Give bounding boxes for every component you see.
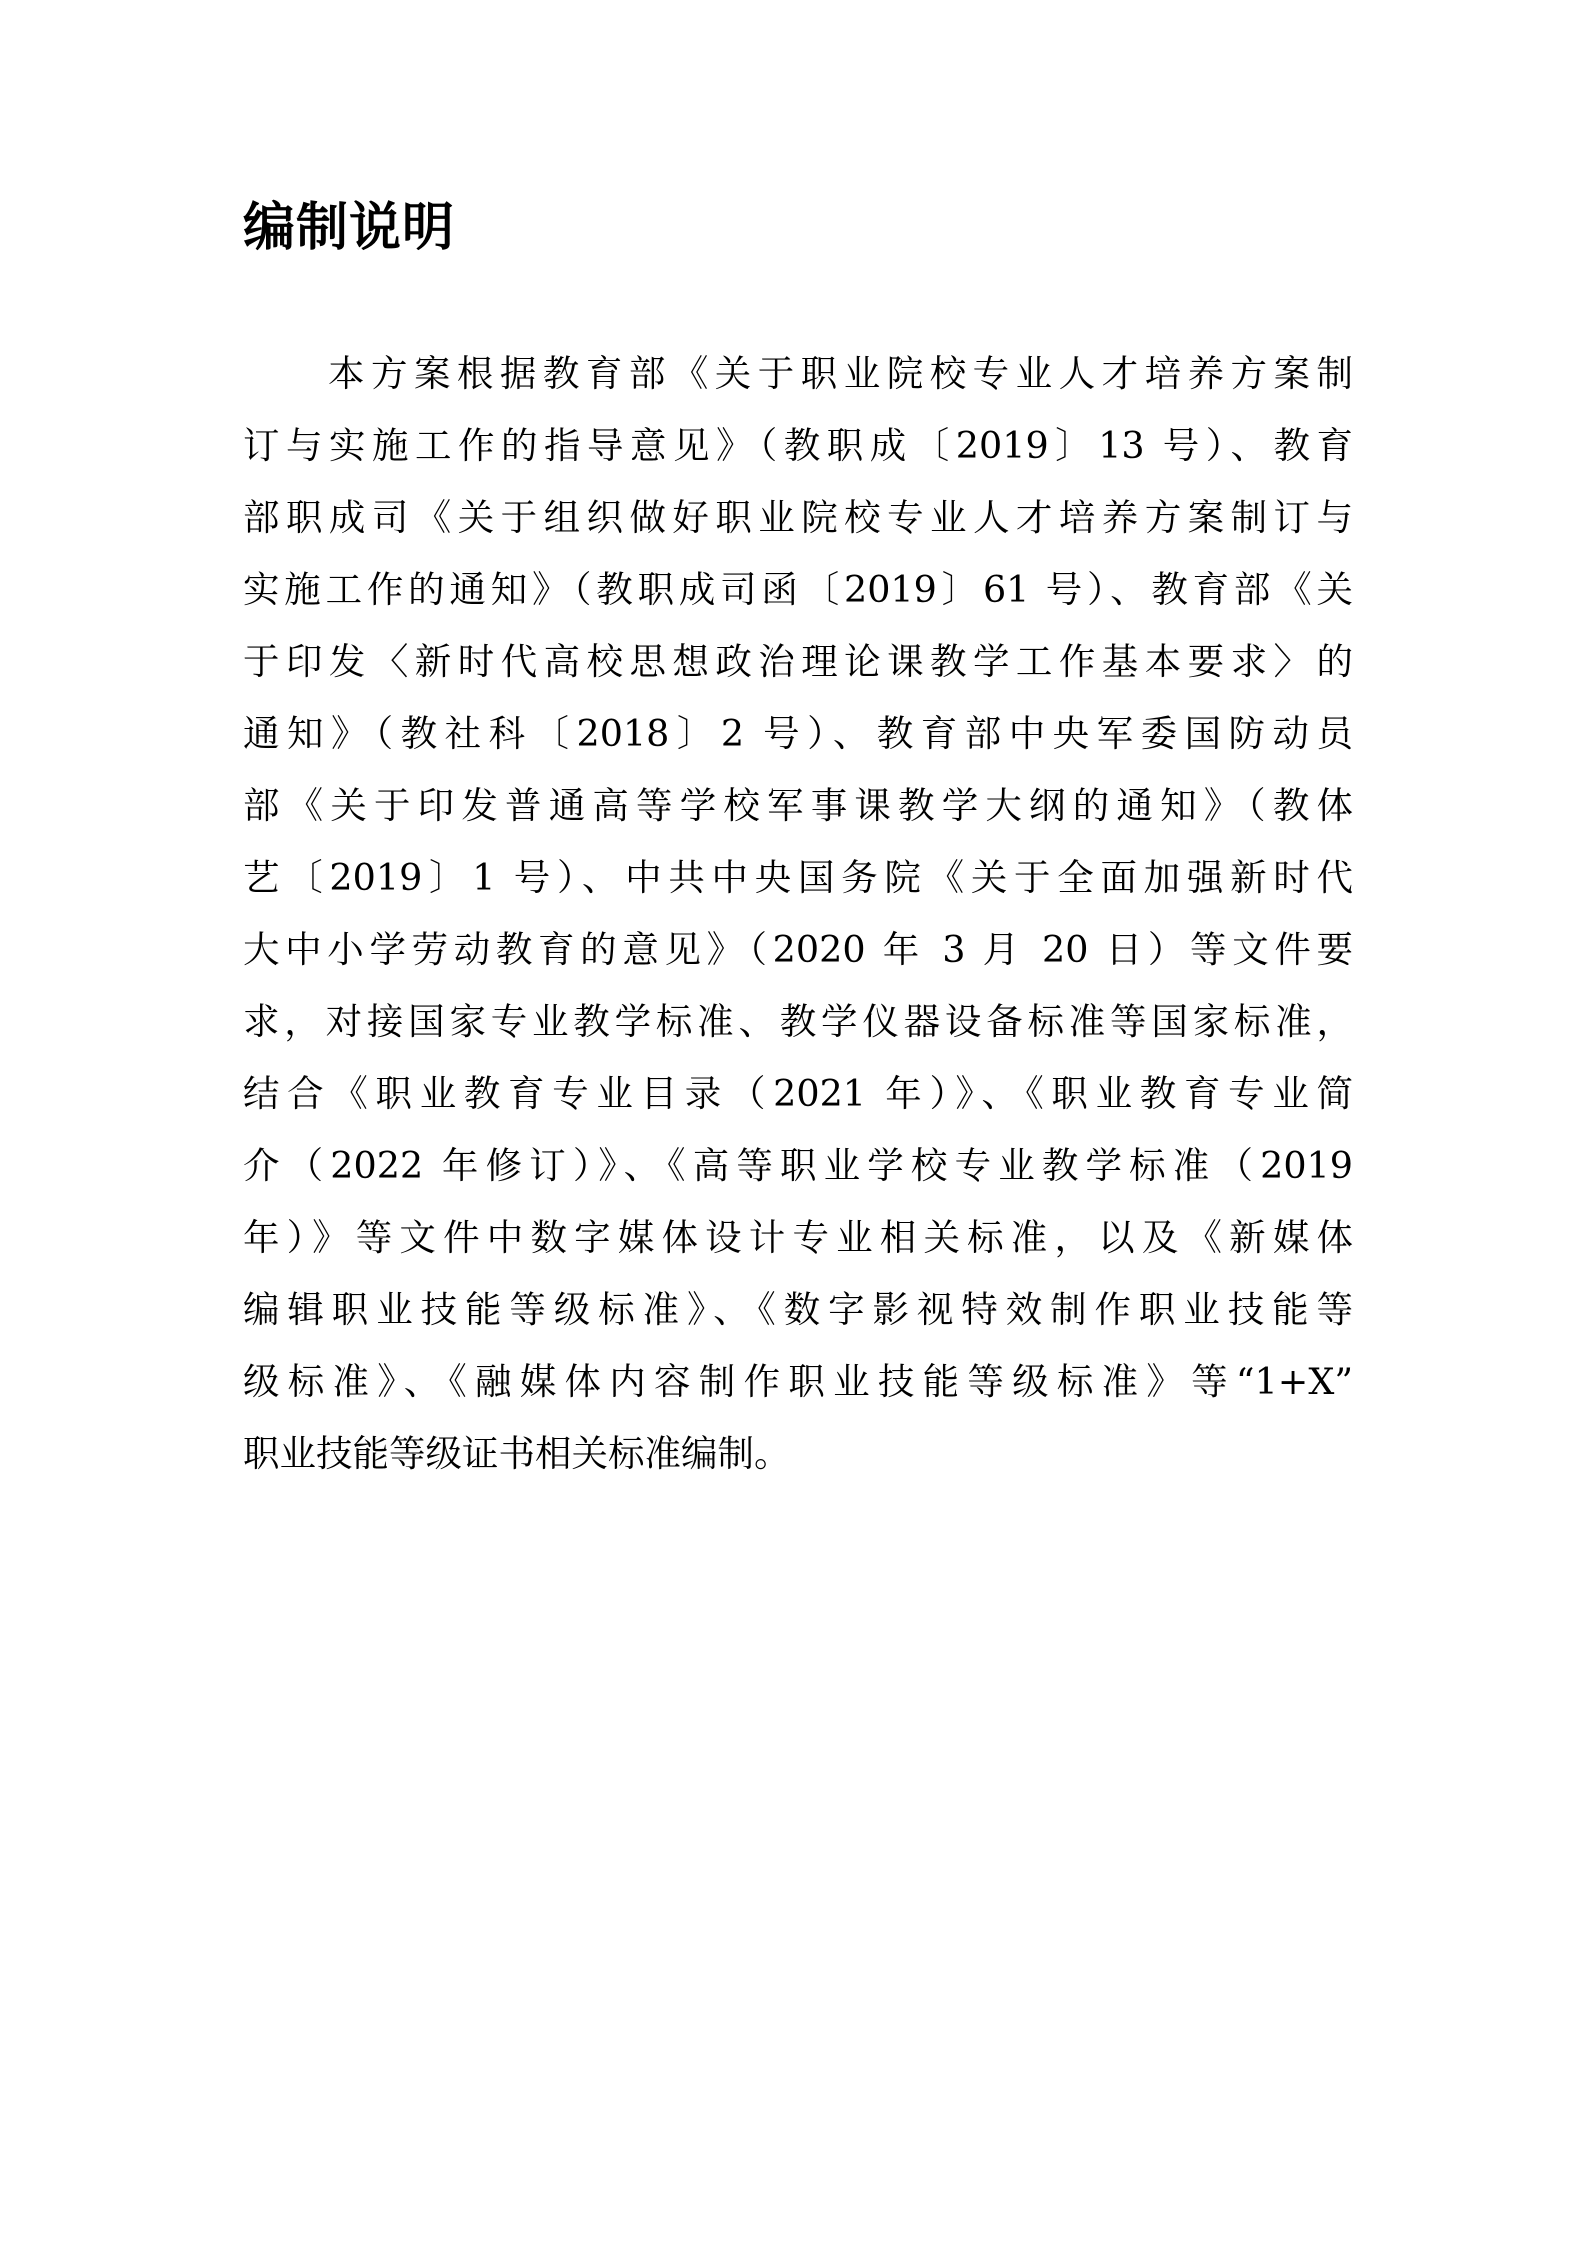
paragraph-line: 编辑职业技能等级标准》、《数字影视特效制作职业技能等 (243, 1274, 1353, 1346)
paragraph-line: 本方案根据教育部《关于职业院校专业人才培养方案制 (243, 338, 1353, 410)
paragraph-line: 职业技能等级证书相关标准编制。 (243, 1418, 1353, 1490)
paragraph-line: 于印发〈新时代高校思想政治理论课教学工作基本要求〉的 (243, 626, 1353, 698)
paragraph-line: 实施工作的通知》（教职成司函〔2019〕61 号）、教育部《关 (243, 554, 1353, 626)
paragraph-line: 艺〔2019〕1 号）、中共中央国务院《关于全面加强新时代 (243, 842, 1353, 914)
paragraph-line: 部职成司《关于组织做好职业院校专业人才培养方案制订与 (243, 482, 1353, 554)
page-title: 编制说明 (243, 196, 1353, 260)
paragraph-line: 年）》等文件中数字媒体设计专业相关标准，以及《新媒体 (243, 1202, 1353, 1274)
paragraph-line: 介（2022 年修订）》、《高等职业学校专业教学标准（2019 (243, 1130, 1353, 1202)
paragraph-line: 求，对接国家专业教学标准、教学仪器设备标准等国家标准， (243, 986, 1353, 1058)
body-paragraph: 本方案根据教育部《关于职业院校专业人才培养方案制 订与实施工作的指导意见》（教职… (243, 338, 1353, 1490)
paragraph-line: 部《关于印发普通高等学校军事课教学大纲的通知》（教体 (243, 770, 1353, 842)
paragraph-line: 订与实施工作的指导意见》（教职成〔2019〕13 号）、教育 (243, 410, 1353, 482)
paragraph-line: 大中小学劳动教育的意见》（2020 年 3 月 20 日）等文件要 (243, 914, 1353, 986)
paragraph-line: 通知》（教社科〔2018〕2 号）、教育部中央军委国防动员 (243, 698, 1353, 770)
paragraph-line: 结合《职业教育专业目录（2021 年）》、《职业教育专业简 (243, 1058, 1353, 1130)
document-page: 编制说明 本方案根据教育部《关于职业院校专业人才培养方案制 订与实施工作的指导意… (243, 196, 1353, 1490)
paragraph-line: 级标准》、《融媒体内容制作职业技能等级标准》等“1+X” (243, 1346, 1353, 1418)
